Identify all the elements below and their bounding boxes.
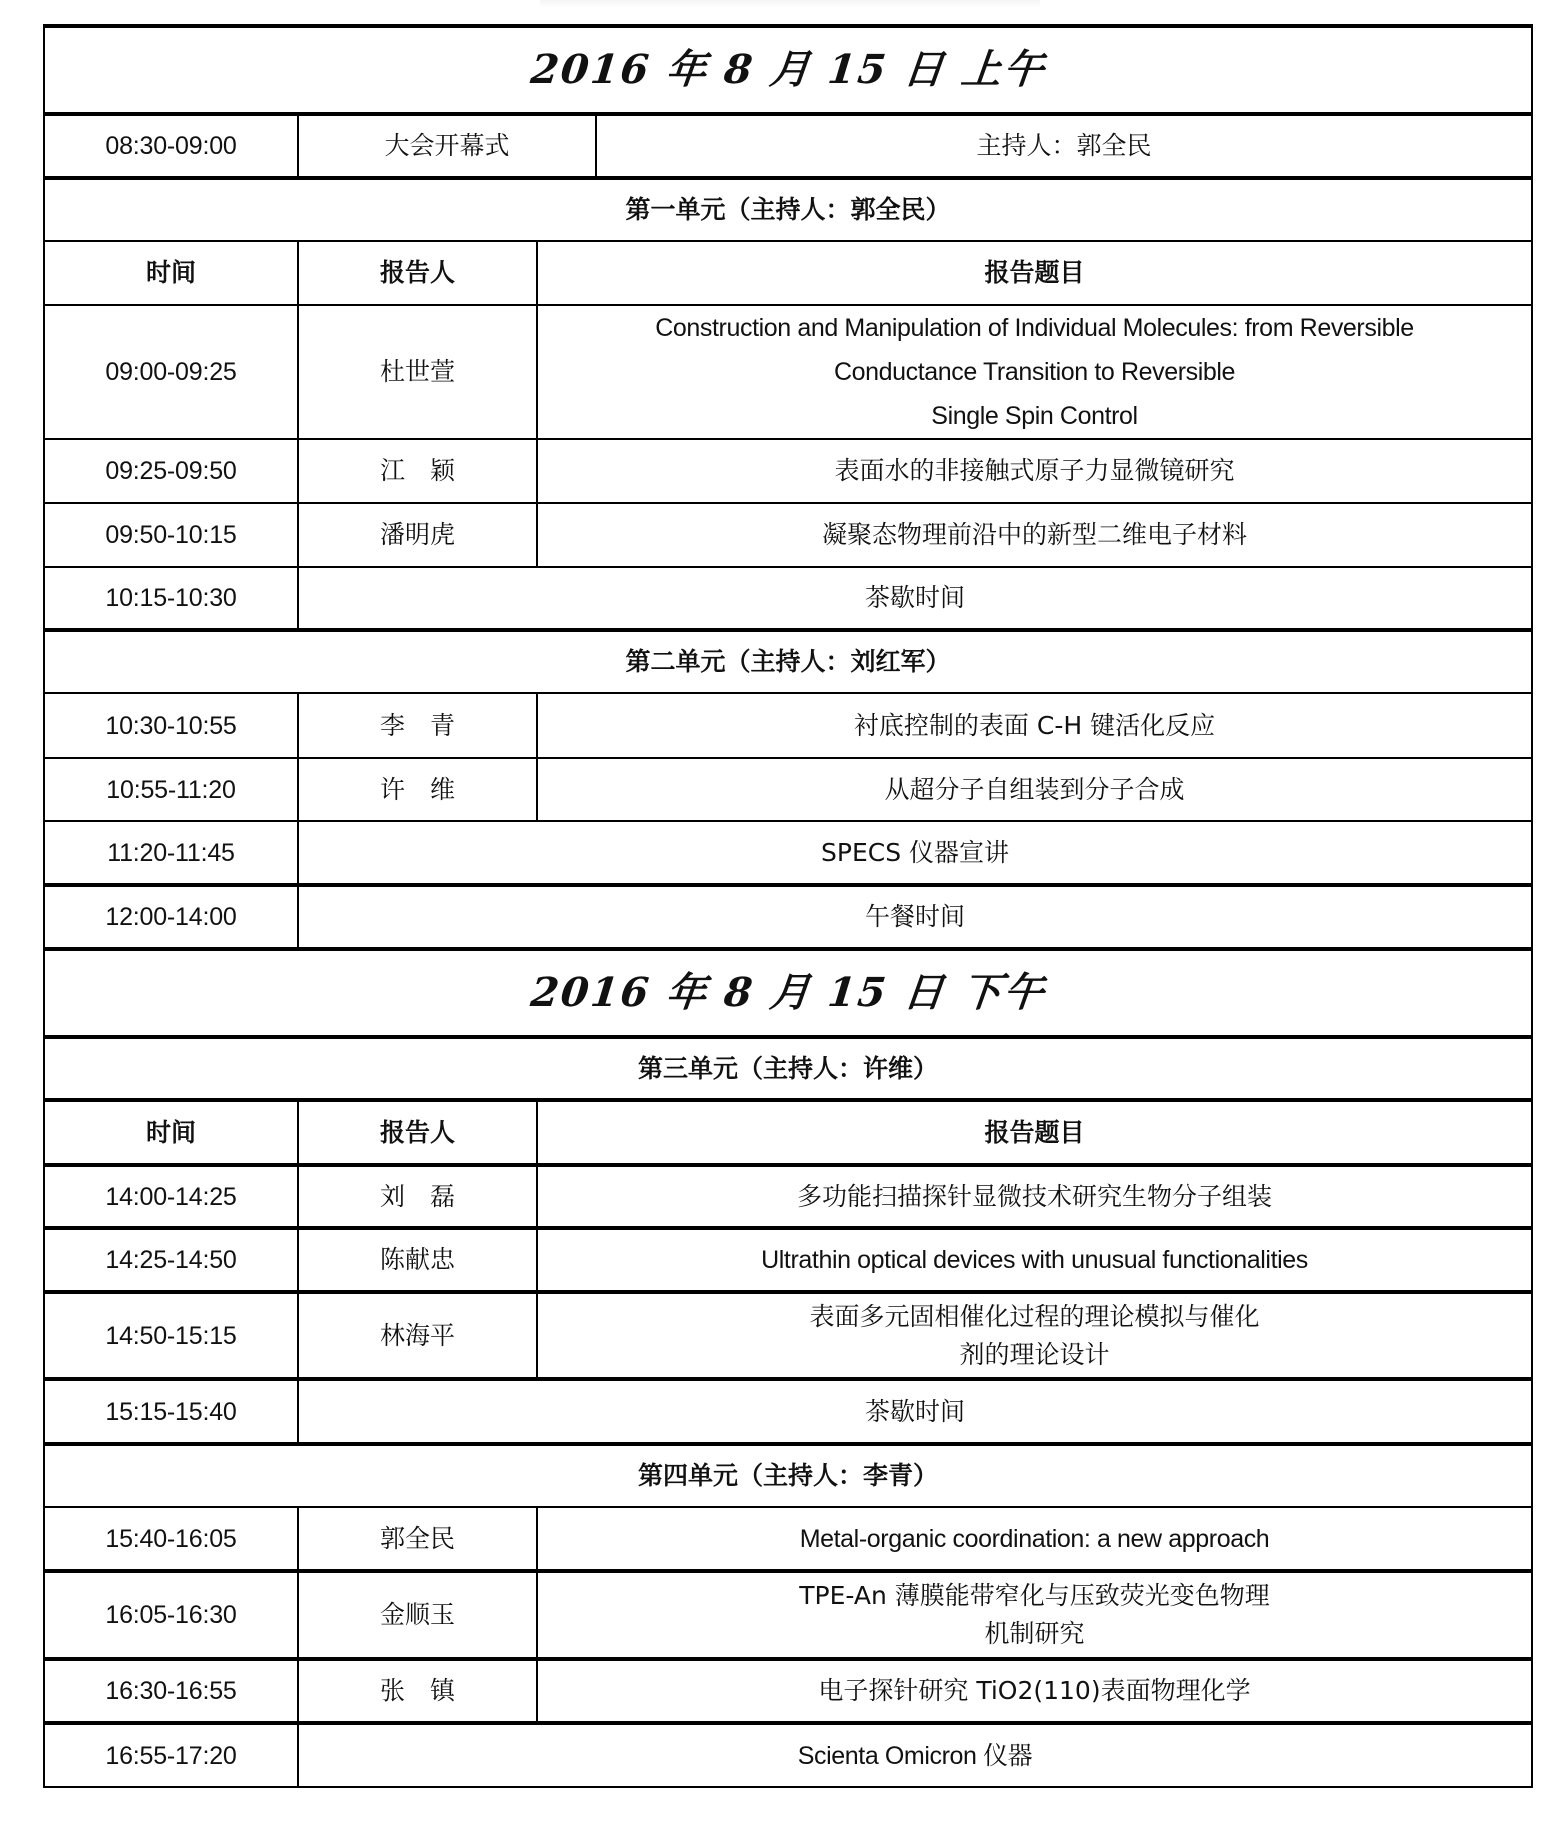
talk-topic-line: Construction and Manipulation of Individ…: [538, 306, 1531, 350]
table-row: 14:00-14:25 刘 磊 多功能扫描探针显微技术研究生物分子组装: [44, 1165, 1532, 1228]
talk-time: 09:00-09:25: [44, 305, 298, 439]
talk-topic: 衬底控制的表面 C-H 键活化反应: [537, 693, 1532, 758]
unit3-title: 第三单元（主持人：许维）: [44, 1037, 1532, 1100]
talk-time: 14:50-15:15: [44, 1292, 298, 1379]
header-speaker: 报告人: [298, 1100, 537, 1165]
conference-schedule-table: 2016 年 8 月 15 日 上午 08:30-09:00 大会开幕式 主持人…: [43, 24, 1533, 1788]
talk-topic: 电子探针研究 TiO2(110)表面物理化学: [537, 1659, 1532, 1723]
unit4-title-row: 第四单元（主持人：李青）: [44, 1444, 1532, 1507]
opening-label: 大会开幕式: [298, 114, 596, 178]
break-time: 10:15-10:30: [44, 567, 298, 630]
unit4-title: 第四单元（主持人：李青）: [44, 1444, 1532, 1507]
talk-time: 14:00-14:25: [44, 1165, 298, 1228]
talk-speaker: 林海平: [298, 1292, 537, 1379]
break-row: 15:15-15:40 茶歇时间: [44, 1379, 1532, 1444]
morning-date-cell: 2016 年 8 月 15 日 上午: [44, 26, 1532, 114]
table-row: 09:25-09:50 江 颖 表面水的非接触式原子力显微镜研究: [44, 439, 1532, 503]
talk-speaker: 郭全民: [298, 1507, 537, 1571]
table-row: 09:00-09:25 杜世萱 Construction and Manipul…: [44, 305, 1532, 439]
opening-row: 08:30-09:00 大会开幕式 主持人：郭全民: [44, 114, 1532, 178]
talk-speaker: 潘明虎: [298, 503, 537, 567]
talk-topic-line: 表面多元固相催化过程的理论模拟与催化: [538, 1298, 1531, 1336]
talk-topic: 凝聚态物理前沿中的新型二维电子材料: [537, 503, 1532, 567]
talk-speaker: 杜世萱: [298, 305, 537, 439]
talk-topic-line: Single Spin Control: [538, 394, 1531, 438]
afternoon-date-title: 2016 年 8 月 15 日 下午: [528, 969, 1047, 1017]
talk-topic-line: 机制研究: [538, 1615, 1531, 1653]
talk-time: 16:30-16:55: [44, 1659, 298, 1723]
header-time: 时间: [44, 241, 298, 305]
talk-topic: Metal-organic coordination: a new approa…: [537, 1507, 1532, 1571]
break-time: 15:15-15:40: [44, 1379, 298, 1444]
vendor-time: 16:55-17:20: [44, 1723, 298, 1787]
vendor-label: Scienta Omicron 仪器: [298, 1723, 1532, 1787]
specs-row: 11:20-11:45 SPECS 仪器宣讲: [44, 821, 1532, 885]
break-label: 茶歇时间: [298, 567, 1532, 630]
table-row: 14:25-14:50 陈献忠 Ultrathin optical device…: [44, 1228, 1532, 1292]
talk-time: 14:25-14:50: [44, 1228, 298, 1292]
header-time: 时间: [44, 1100, 298, 1165]
vendor-row: 16:55-17:20 Scienta Omicron 仪器: [44, 1723, 1532, 1787]
specs-label: SPECS 仪器宣讲: [298, 821, 1532, 885]
table-row: 16:30-16:55 张 镇 电子探针研究 TiO2(110)表面物理化学: [44, 1659, 1532, 1723]
table-row: 14:50-15:15 林海平 表面多元固相催化过程的理论模拟与催化 剂的理论设…: [44, 1292, 1532, 1379]
unit1-title: 第一单元（主持人：郭全民）: [44, 178, 1532, 241]
talk-topic: Ultrathin optical devices with unusual f…: [537, 1228, 1532, 1292]
opening-time: 08:30-09:00: [44, 114, 298, 178]
header-topic: 报告题目: [537, 241, 1532, 305]
talk-topic-line: TPE-An 薄膜能带窄化与压致荧光变色物理: [538, 1577, 1531, 1615]
unit3-header-row: 时间 报告人 报告题目: [44, 1100, 1532, 1165]
talk-time: 10:55-11:20: [44, 758, 298, 821]
talk-topic: 表面多元固相催化过程的理论模拟与催化 剂的理论设计: [537, 1292, 1532, 1379]
talk-time: 16:05-16:30: [44, 1571, 298, 1659]
talk-speaker: 张 镇: [298, 1659, 537, 1723]
table-row: 10:30-10:55 李 青 衬底控制的表面 C-H 键活化反应: [44, 693, 1532, 758]
table-row: 10:55-11:20 许 维 从超分子自组装到分子合成: [44, 758, 1532, 821]
talk-speaker: 金顺玉: [298, 1571, 537, 1659]
unit1-header-row: 时间 报告人 报告题目: [44, 241, 1532, 305]
talk-topic: Construction and Manipulation of Individ…: [537, 305, 1532, 439]
opening-host: 主持人：郭全民: [596, 114, 1532, 178]
talk-speaker: 刘 磊: [298, 1165, 537, 1228]
table-row: 09:50-10:15 潘明虎 凝聚态物理前沿中的新型二维电子材料: [44, 503, 1532, 567]
talk-topic: 从超分子自组装到分子合成: [537, 758, 1532, 821]
talk-topic: 多功能扫描探针显微技术研究生物分子组装: [537, 1165, 1532, 1228]
talk-time: 09:50-10:15: [44, 503, 298, 567]
lunch-time: 12:00-14:00: [44, 885, 298, 949]
lunch-row: 12:00-14:00 午餐时间: [44, 885, 1532, 949]
talk-time: 15:40-16:05: [44, 1507, 298, 1571]
talk-topic-line: 剂的理论设计: [538, 1336, 1531, 1374]
break-label: 茶歇时间: [298, 1379, 1532, 1444]
lunch-label: 午餐时间: [298, 885, 1532, 949]
cropped-page-header: [540, 0, 1040, 8]
unit3-title-row: 第三单元（主持人：许维）: [44, 1037, 1532, 1100]
talk-speaker: 许 维: [298, 758, 537, 821]
header-topic: 报告题目: [537, 1100, 1532, 1165]
break-row: 10:15-10:30 茶歇时间: [44, 567, 1532, 630]
talk-topic-line: Conductance Transition to Reversible: [538, 350, 1531, 394]
unit1-title-row: 第一单元（主持人：郭全民）: [44, 178, 1532, 241]
unit2-title: 第二单元（主持人：刘红军）: [44, 630, 1532, 693]
talk-speaker: 陈献忠: [298, 1228, 537, 1292]
morning-date-title: 2016 年 8 月 15 日 上午: [528, 46, 1047, 94]
talk-speaker: 李 青: [298, 693, 537, 758]
header-speaker: 报告人: [298, 241, 537, 305]
specs-time: 11:20-11:45: [44, 821, 298, 885]
talk-speaker: 江 颖: [298, 439, 537, 503]
talk-topic: TPE-An 薄膜能带窄化与压致荧光变色物理 机制研究: [537, 1571, 1532, 1659]
talk-time: 09:25-09:50: [44, 439, 298, 503]
talk-time: 10:30-10:55: [44, 693, 298, 758]
table-row: 15:40-16:05 郭全民 Metal-organic coordinati…: [44, 1507, 1532, 1571]
table-row: 16:05-16:30 金顺玉 TPE-An 薄膜能带窄化与压致荧光变色物理 机…: [44, 1571, 1532, 1659]
talk-topic: 表面水的非接触式原子力显微镜研究: [537, 439, 1532, 503]
unit2-title-row: 第二单元（主持人：刘红军）: [44, 630, 1532, 693]
morning-date-row: 2016 年 8 月 15 日 上午: [44, 26, 1532, 114]
afternoon-date-cell: 2016 年 8 月 15 日 下午: [44, 949, 1532, 1037]
afternoon-date-row: 2016 年 8 月 15 日 下午: [44, 949, 1532, 1037]
